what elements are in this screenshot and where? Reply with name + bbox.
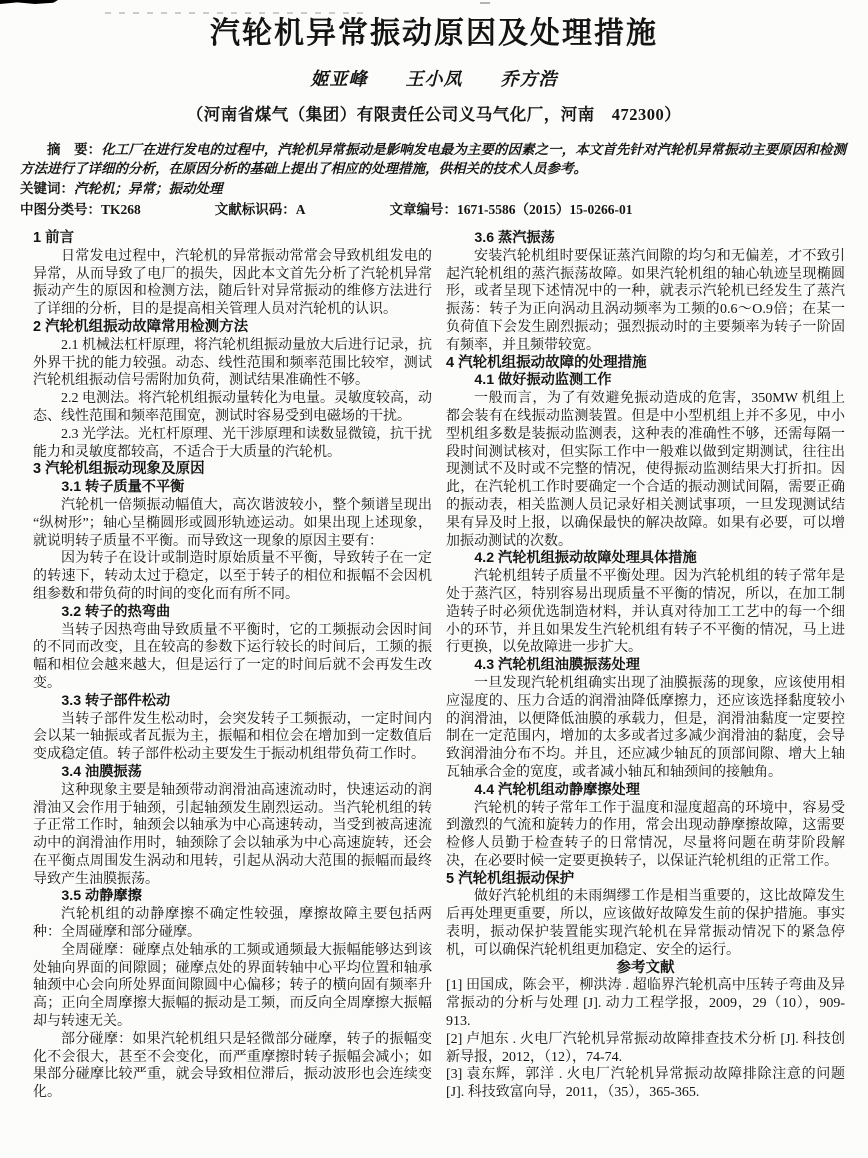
subsection-heading: 3.6 蒸汽振荡 — [446, 230, 845, 248]
subsection-heading: 3.4 油膜振荡 — [33, 764, 432, 782]
keywords-line: 关键词：汽轮机；异常；振动处理 — [20, 179, 846, 198]
keywords-label: 关键词： — [20, 181, 74, 196]
clc-pair: 中图分类号：TK268 — [20, 200, 141, 219]
section-heading: 1 前言 — [33, 230, 432, 248]
article-no-label: 文章编号： — [390, 202, 458, 217]
paragraph: 部分碰摩：如果汽轮机组只是轻微部分碰摩，转子的振幅变化不会很大，甚至不会变化，而… — [33, 1031, 432, 1102]
abstract: 摘 要：化工厂在进行发电的过程中，汽轮机异常振动是影响发电最为主要的因素之一，本… — [20, 140, 846, 178]
classification-line: 中图分类号：TK268 文献标识码：A 文章编号：1671-5586（2015）… — [20, 200, 846, 219]
paragraph: 一旦发现汽轮机组确实出现了油膜振荡的现象，应该使用相应湿度的、压力合适的润滑油降… — [446, 675, 845, 782]
subsection-heading: 3.5 动静摩擦 — [33, 888, 432, 906]
affiliation-line: （河南省煤气（集团）有限责任公司义马气化厂，河南 472300） — [0, 101, 868, 125]
paragraph: 全周碰摩：碰摩点处轴承的工频或通频最大振幅能够达到该处轴向界面的间隙圆；碰摩点处… — [33, 942, 432, 1031]
abstract-label: 摘 要： — [47, 142, 101, 157]
paper-page: 汽轮机异常振动原因及处理措施 姬亚峰 王小凤 乔方浩 （河南省煤气（集团）有限责… — [0, 0, 868, 1158]
reference-item: [3] 袁东辉，郭洋 . 火电厂汽轮机异常振动故障排除注意的问题 [J]. 科技… — [446, 1066, 845, 1102]
paragraph: 汽轮机一倍频振动幅值大，高次谐波较小，整个频谱呈现出“纵树形”；轴心呈椭圆形或圆… — [33, 497, 432, 550]
article-no-value: 1671-5586（2015）15-0266-01 — [457, 202, 633, 217]
paragraph: 2.2 电测法。将汽轮机组振动量转化为电量。灵敏度较高，动态、线性范围和频率范围… — [33, 390, 432, 426]
references-heading: 参考文献 — [446, 960, 845, 978]
reference-item: [1] 田国成，陈会平，柳洪涛 . 超临界汽轮机高中压转子弯曲及异常振动的分析与… — [446, 977, 845, 1030]
scan-artifact — [105, 12, 370, 14]
section-heading: 5 汽轮机组振动保护 — [446, 871, 845, 889]
scan-artifact — [480, 2, 490, 4]
meta-block: 摘 要：化工厂在进行发电的过程中，汽轮机异常振动是影响发电最为主要的因素之一，本… — [20, 140, 846, 219]
clc-value: TK268 — [101, 202, 141, 217]
doc-code-label: 文献标识码： — [215, 202, 296, 217]
abstract-text: 化工厂在进行发电的过程中，汽轮机异常振动是影响发电最为主要的因素之一，本文首先针… — [20, 142, 846, 176]
left-column: 1 前言日常发电过程中，汽轮机的异常振动常常会导致机组发电的异常，从而导致了电厂… — [33, 230, 432, 1102]
paragraph: 2.3 光学法。光杠杆原理、光干涉原理和读数显微镜，抗干扰能力和灵敏度都较高，不… — [33, 426, 432, 462]
doc-code-pair: 文献标识码：A — [215, 200, 306, 219]
paragraph: 2.1 机械法杠杆原理，将汽轮机组振动量放大后进行记录，抗外界干扰的能力较强。动… — [33, 337, 432, 390]
section-heading: 4 汽轮机组振动故障的处理措施 — [446, 355, 845, 373]
subsection-heading: 4.3 汽轮机组油膜振荡处理 — [446, 657, 845, 675]
doc-code-value: A — [296, 202, 306, 217]
paragraph: 日常发电过程中，汽轮机的异常振动常常会导致机组发电的异常，从而导致了电厂的损失，… — [33, 248, 432, 319]
paragraph: 这种现象主要是轴颈带动润滑油高速流动时，快速运动的润滑油又会作用于轴颈，引起轴颈… — [33, 782, 432, 889]
subsection-heading: 4.4 汽轮机组动静摩擦处理 — [446, 782, 845, 800]
section-heading: 2 汽轮机组振动故障常用检测方法 — [33, 319, 432, 337]
paragraph: 当转子因热弯曲导致质量不平衡时，它的工频振动会因时间的不同而改变，且在较高的参数… — [33, 622, 432, 693]
article-no-pair: 文章编号：1671-5586（2015）15-0266-01 — [390, 200, 633, 219]
paragraph: 安装汽轮机组时要保证蒸汽间隙的均匀和无偏差，才不致引起汽轮机组的蒸汽振荡故障。如… — [446, 248, 845, 355]
paper-title: 汽轮机异常振动原因及处理措施 — [0, 0, 868, 52]
subsection-heading: 4.1 做好振动监测工作 — [446, 372, 845, 390]
paragraph: 当转子部件发生松动时，会突发转子工频振动，一定时间内会以某一轴振或者瓦振为主，振… — [33, 711, 432, 764]
right-column: 3.6 蒸汽振荡安装汽轮机组时要保证蒸汽间隙的均匀和无偏差，才不致引起汽轮机组的… — [446, 230, 845, 1102]
paragraph: 汽轮机组转子质量不平衡处理。因为汽轮机组的转子常年是处于蒸汽区，特别容易出现质量… — [446, 568, 845, 657]
subsection-heading: 3.1 转子质量不平衡 — [33, 479, 432, 497]
two-column-body: 1 前言日常发电过程中，汽轮机的异常振动常常会导致机组发电的异常，从而导致了电厂… — [33, 230, 845, 1102]
authors-line: 姬亚峰 王小凤 乔方浩 — [0, 65, 868, 91]
paragraph: 一般而言，为了有效避免振动造成的危害，350MW 机组上都会装有在线振动监测装置… — [446, 390, 845, 550]
paragraph: 做好汽轮机组的未雨绸缪工作是相当重要的，这比故障发生后再处理更重要，所以，应该做… — [446, 888, 845, 959]
keywords-text: 汽轮机；异常；振动处理 — [74, 181, 223, 196]
paragraph: 因为转子在设计或制造时原始质量不平衡，导致转子在一定的转速下，转动太过于稳定，以… — [33, 550, 432, 603]
subsection-heading: 4.2 汽轮机组振动故障处理具体措施 — [446, 550, 845, 568]
subsection-heading: 3.3 转子部件松动 — [33, 693, 432, 711]
subsection-heading: 3.2 转子的热弯曲 — [33, 604, 432, 622]
clc-label: 中图分类号： — [20, 202, 101, 217]
section-heading: 3 汽轮机组振动现象及原因 — [33, 461, 432, 479]
paragraph: 汽轮机的转子常年工作于温度和湿度超高的环境中，容易受到激烈的气流和旋转力的作用，… — [446, 800, 845, 871]
paragraph: 汽轮机组的动静摩擦不确定性较强，摩擦故障主要包括两种：全周碰摩和部分碰摩。 — [33, 906, 432, 942]
reference-item: [2] 卢旭东 . 火电厂汽轮机异常振动故障排查技术分析 [J]. 科技创新导报… — [446, 1031, 845, 1067]
